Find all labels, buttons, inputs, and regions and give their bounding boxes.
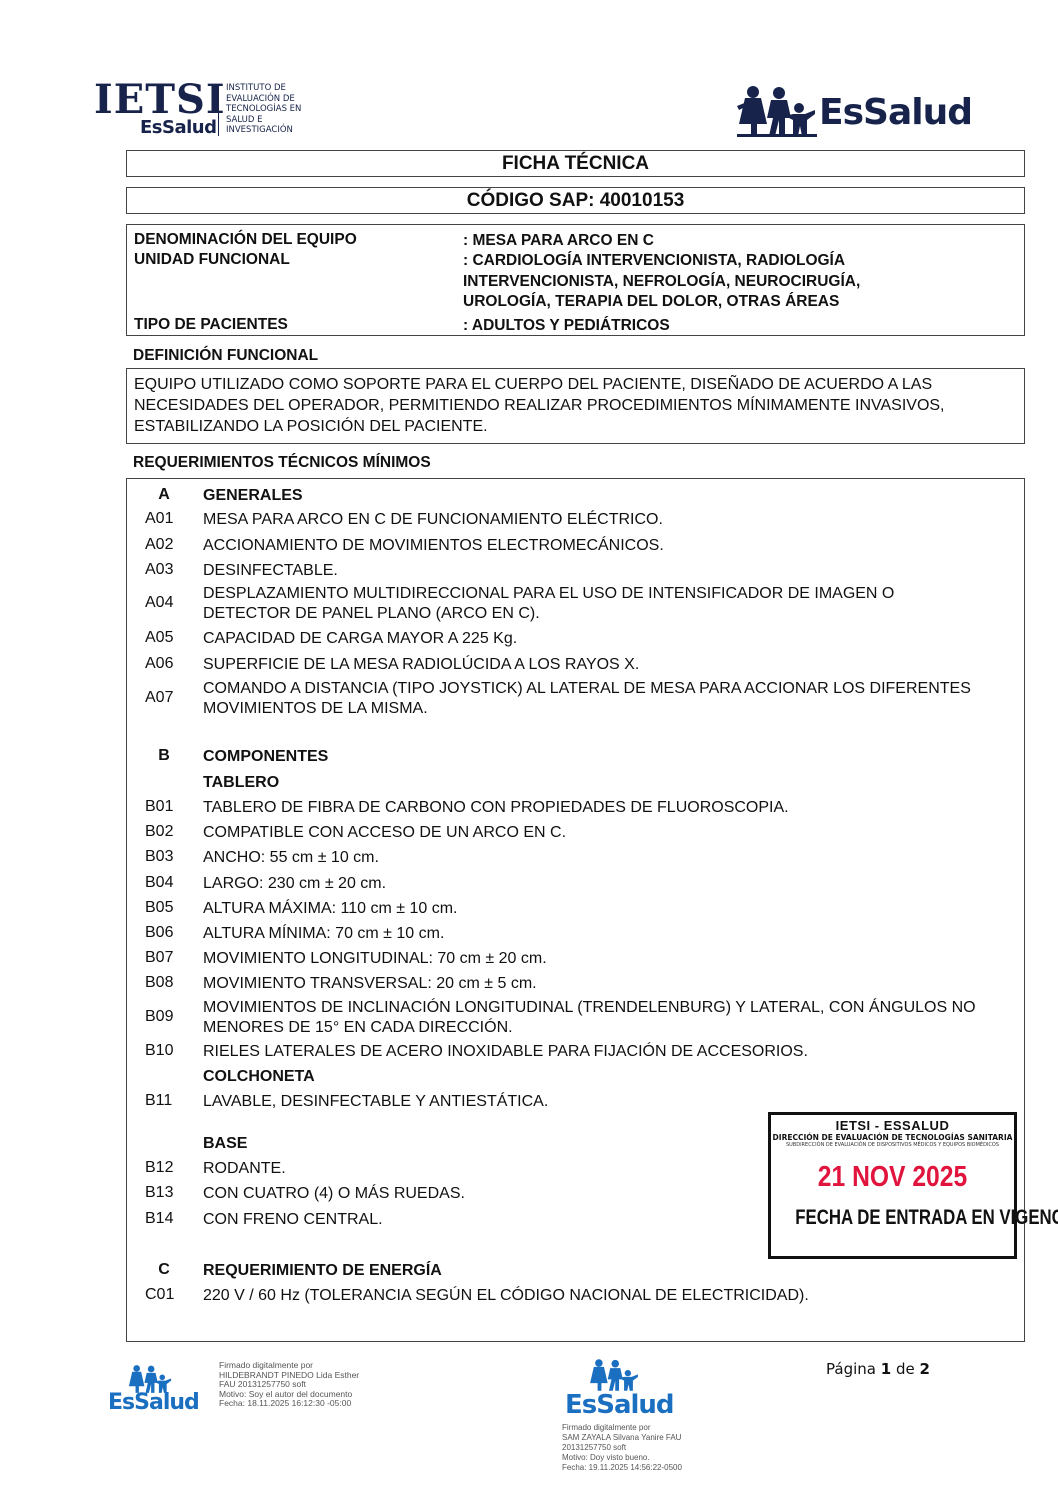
requirement-code: B11	[145, 1092, 195, 1110]
requirement-text: TABLERO	[203, 773, 1003, 793]
functional-definition-text: EQUIPO UTILIZADO COMO SOPORTE PARA EL CU…	[126, 368, 1025, 444]
requirement-code: A01	[145, 510, 195, 528]
requirement-code: B06	[145, 924, 195, 942]
requirement-text: RIELES LATERALES DE ACERO INOXIDABLE PAR…	[203, 1042, 1003, 1062]
requirement-text: LARGO: 230 cm ± 20 cm.	[203, 874, 1003, 894]
requirement-text: MOVIMIENTO TRANSVERSAL: 20 cm ± 5 cm.	[203, 974, 1003, 994]
requirement-text: TABLERO DE FIBRA DE CARBONO CON PROPIEDA…	[203, 798, 1003, 818]
requirement-code: A03	[145, 561, 195, 579]
footer-essalud-logo: EsSalud	[108, 1390, 199, 1415]
page-title: FICHA TÉCNICA	[126, 150, 1025, 177]
requirement-text: ALTURA MÍNIMA: 70 cm ± 10 cm.	[203, 924, 1003, 944]
requirement-text: DESINFECTABLE.	[203, 561, 1003, 581]
sap-code: CÓDIGO SAP: 40010153	[126, 187, 1025, 214]
stamp-direction: DIRECCIÓN DE EVALUACIÓN DE TECNOLOGÍAS S…	[771, 1133, 1014, 1142]
family-figures-icon	[737, 84, 817, 138]
ietsi-logo: IETSI EsSalud INSTITUTO DE EVALUACIÓN DE…	[94, 80, 314, 140]
stamp-date: 21 NOV 2025	[789, 1161, 996, 1194]
requirement-text: DESPLAZAMIENTO MULTIDIRECCIONAL PARA EL …	[203, 584, 983, 624]
equipment-info: DENOMINACIÓN DEL EQUIPO : MESA PARA ARCO…	[126, 224, 1025, 336]
requirement-code: A06	[145, 655, 195, 673]
ietsi-wordmark: IETSI	[94, 80, 226, 120]
stamp-caption: FECHA DE ENTRADA EN VIGENCIA	[795, 1206, 989, 1230]
stamp-org: IETSI - ESSALUD	[771, 1118, 1014, 1133]
info-value: : MESA PARA ARCO EN C	[463, 231, 1023, 252]
info-label: TIPO DE PACIENTES	[134, 316, 454, 334]
family-figures-icon	[588, 1358, 640, 1392]
requirement-code: B08	[145, 974, 195, 992]
requirement-code: B07	[145, 949, 195, 967]
page-total: 2	[919, 1360, 929, 1378]
stamp-subdirection: SUBDIRECCIÓN DE EVALUACIÓN DE DISPOSITIV…	[771, 1142, 1014, 1149]
requirement-text: ANCHO: 55 cm ± 10 cm.	[203, 848, 1003, 868]
requirement-text: SUPERFICIE DE LA MESA RADIOLÚCIDA A LOS …	[203, 655, 1003, 675]
essalud-logo: EsSalud	[737, 84, 967, 140]
validity-stamp: IETSI - ESSALUD DIRECCIÓN DE EVALUACIÓN …	[768, 1112, 1017, 1259]
requirement-code: B12	[145, 1159, 195, 1177]
digital-signature-reviewer: Firmado digitalmente por SAM ZAYALA Silv…	[562, 1423, 682, 1473]
requirement-text: CAPACIDAD DE CARGA MAYOR A 225 Kg.	[203, 629, 1003, 649]
requirement-code: B05	[145, 899, 195, 917]
page-of: de	[896, 1360, 915, 1378]
requirement-code: B09	[145, 1008, 195, 1026]
requirement-text: MESA PARA ARCO EN C DE FUNCIONAMIENTO EL…	[203, 510, 1003, 530]
requirement-code: A02	[145, 536, 195, 554]
requirement-code: B02	[145, 823, 195, 841]
info-label: DENOMINACIÓN DEL EQUIPO	[134, 231, 454, 249]
requirement-code: B	[149, 747, 179, 765]
requirement-code: A	[149, 486, 179, 504]
requirement-text: MOVIMIENTO LONGITUDINAL: 70 cm ± 20 cm.	[203, 949, 1003, 969]
ietsi-essalud-sub: EsSalud	[140, 117, 217, 138]
requirement-code: B04	[145, 874, 195, 892]
ietsi-institute-text: INSTITUTO DE EVALUACIÓN DE TECNOLOGÍAS E…	[226, 83, 301, 136]
requirement-text: COMPONENTES	[203, 747, 1003, 767]
info-value: : ADULTOS Y PEDIÁTRICOS	[463, 316, 1023, 337]
requirement-code: C	[149, 1261, 179, 1279]
page-label: Página	[826, 1360, 876, 1378]
requirement-code: B13	[145, 1184, 195, 1202]
info-label: UNIDAD FUNCIONAL	[134, 251, 454, 269]
requirement-text: ACCIONAMIENTO DE MOVIMIENTOS ELECTROMECÁ…	[203, 536, 1003, 556]
essalud-wordmark: EsSalud	[819, 92, 972, 133]
requirement-text: COMANDO A DISTANCIA (TIPO JOYSTICK) AL L…	[203, 679, 983, 719]
requirement-text: LAVABLE, DESINFECTABLE Y ANTIESTÁTICA.	[203, 1092, 1003, 1112]
requirement-code: B14	[145, 1210, 195, 1228]
requirement-code: A05	[145, 629, 195, 647]
digital-signature-author: Firmado digitalmente por HILDEBRANDT PIN…	[219, 1361, 359, 1409]
requirement-text: COMPATIBLE CON ACCESO DE UN ARCO EN C.	[203, 823, 1003, 843]
page-current: 1	[881, 1360, 891, 1378]
requirement-text: COLCHONETA	[203, 1067, 1003, 1087]
requirements-heading: REQUERIMIENTOS TÉCNICOS MÍNIMOS	[133, 454, 431, 472]
functional-definition-heading: DEFINICIÓN FUNCIONAL	[133, 347, 318, 365]
requirement-code: A04	[145, 594, 195, 612]
requirement-text: REQUERIMIENTO DE ENERGÍA	[203, 1261, 1003, 1281]
requirement-text: 220 V / 60 Hz (TOLERANCIA SEGÚN EL CÓDIG…	[203, 1286, 1003, 1306]
requirement-code: C01	[145, 1286, 195, 1304]
requirement-code: B01	[145, 798, 195, 816]
info-value: : CARDIOLOGÍA INTERVENCIONISTA, RADIOLOG…	[463, 251, 1023, 313]
requirement-text: MOVIMIENTOS DE INCLINACIÓN LONGITUDINAL …	[203, 998, 983, 1038]
requirement-code: A07	[145, 689, 195, 707]
requirement-code: B03	[145, 848, 195, 866]
requirement-code: B10	[145, 1042, 195, 1060]
logo-divider	[218, 84, 219, 136]
requirement-text: GENERALES	[203, 486, 1003, 506]
footer-essalud-logo-center: EsSalud	[565, 1390, 674, 1420]
page-number: Página 1 de 2	[826, 1360, 930, 1378]
requirement-text: ALTURA MÁXIMA: 110 cm ± 10 cm.	[203, 899, 1003, 919]
